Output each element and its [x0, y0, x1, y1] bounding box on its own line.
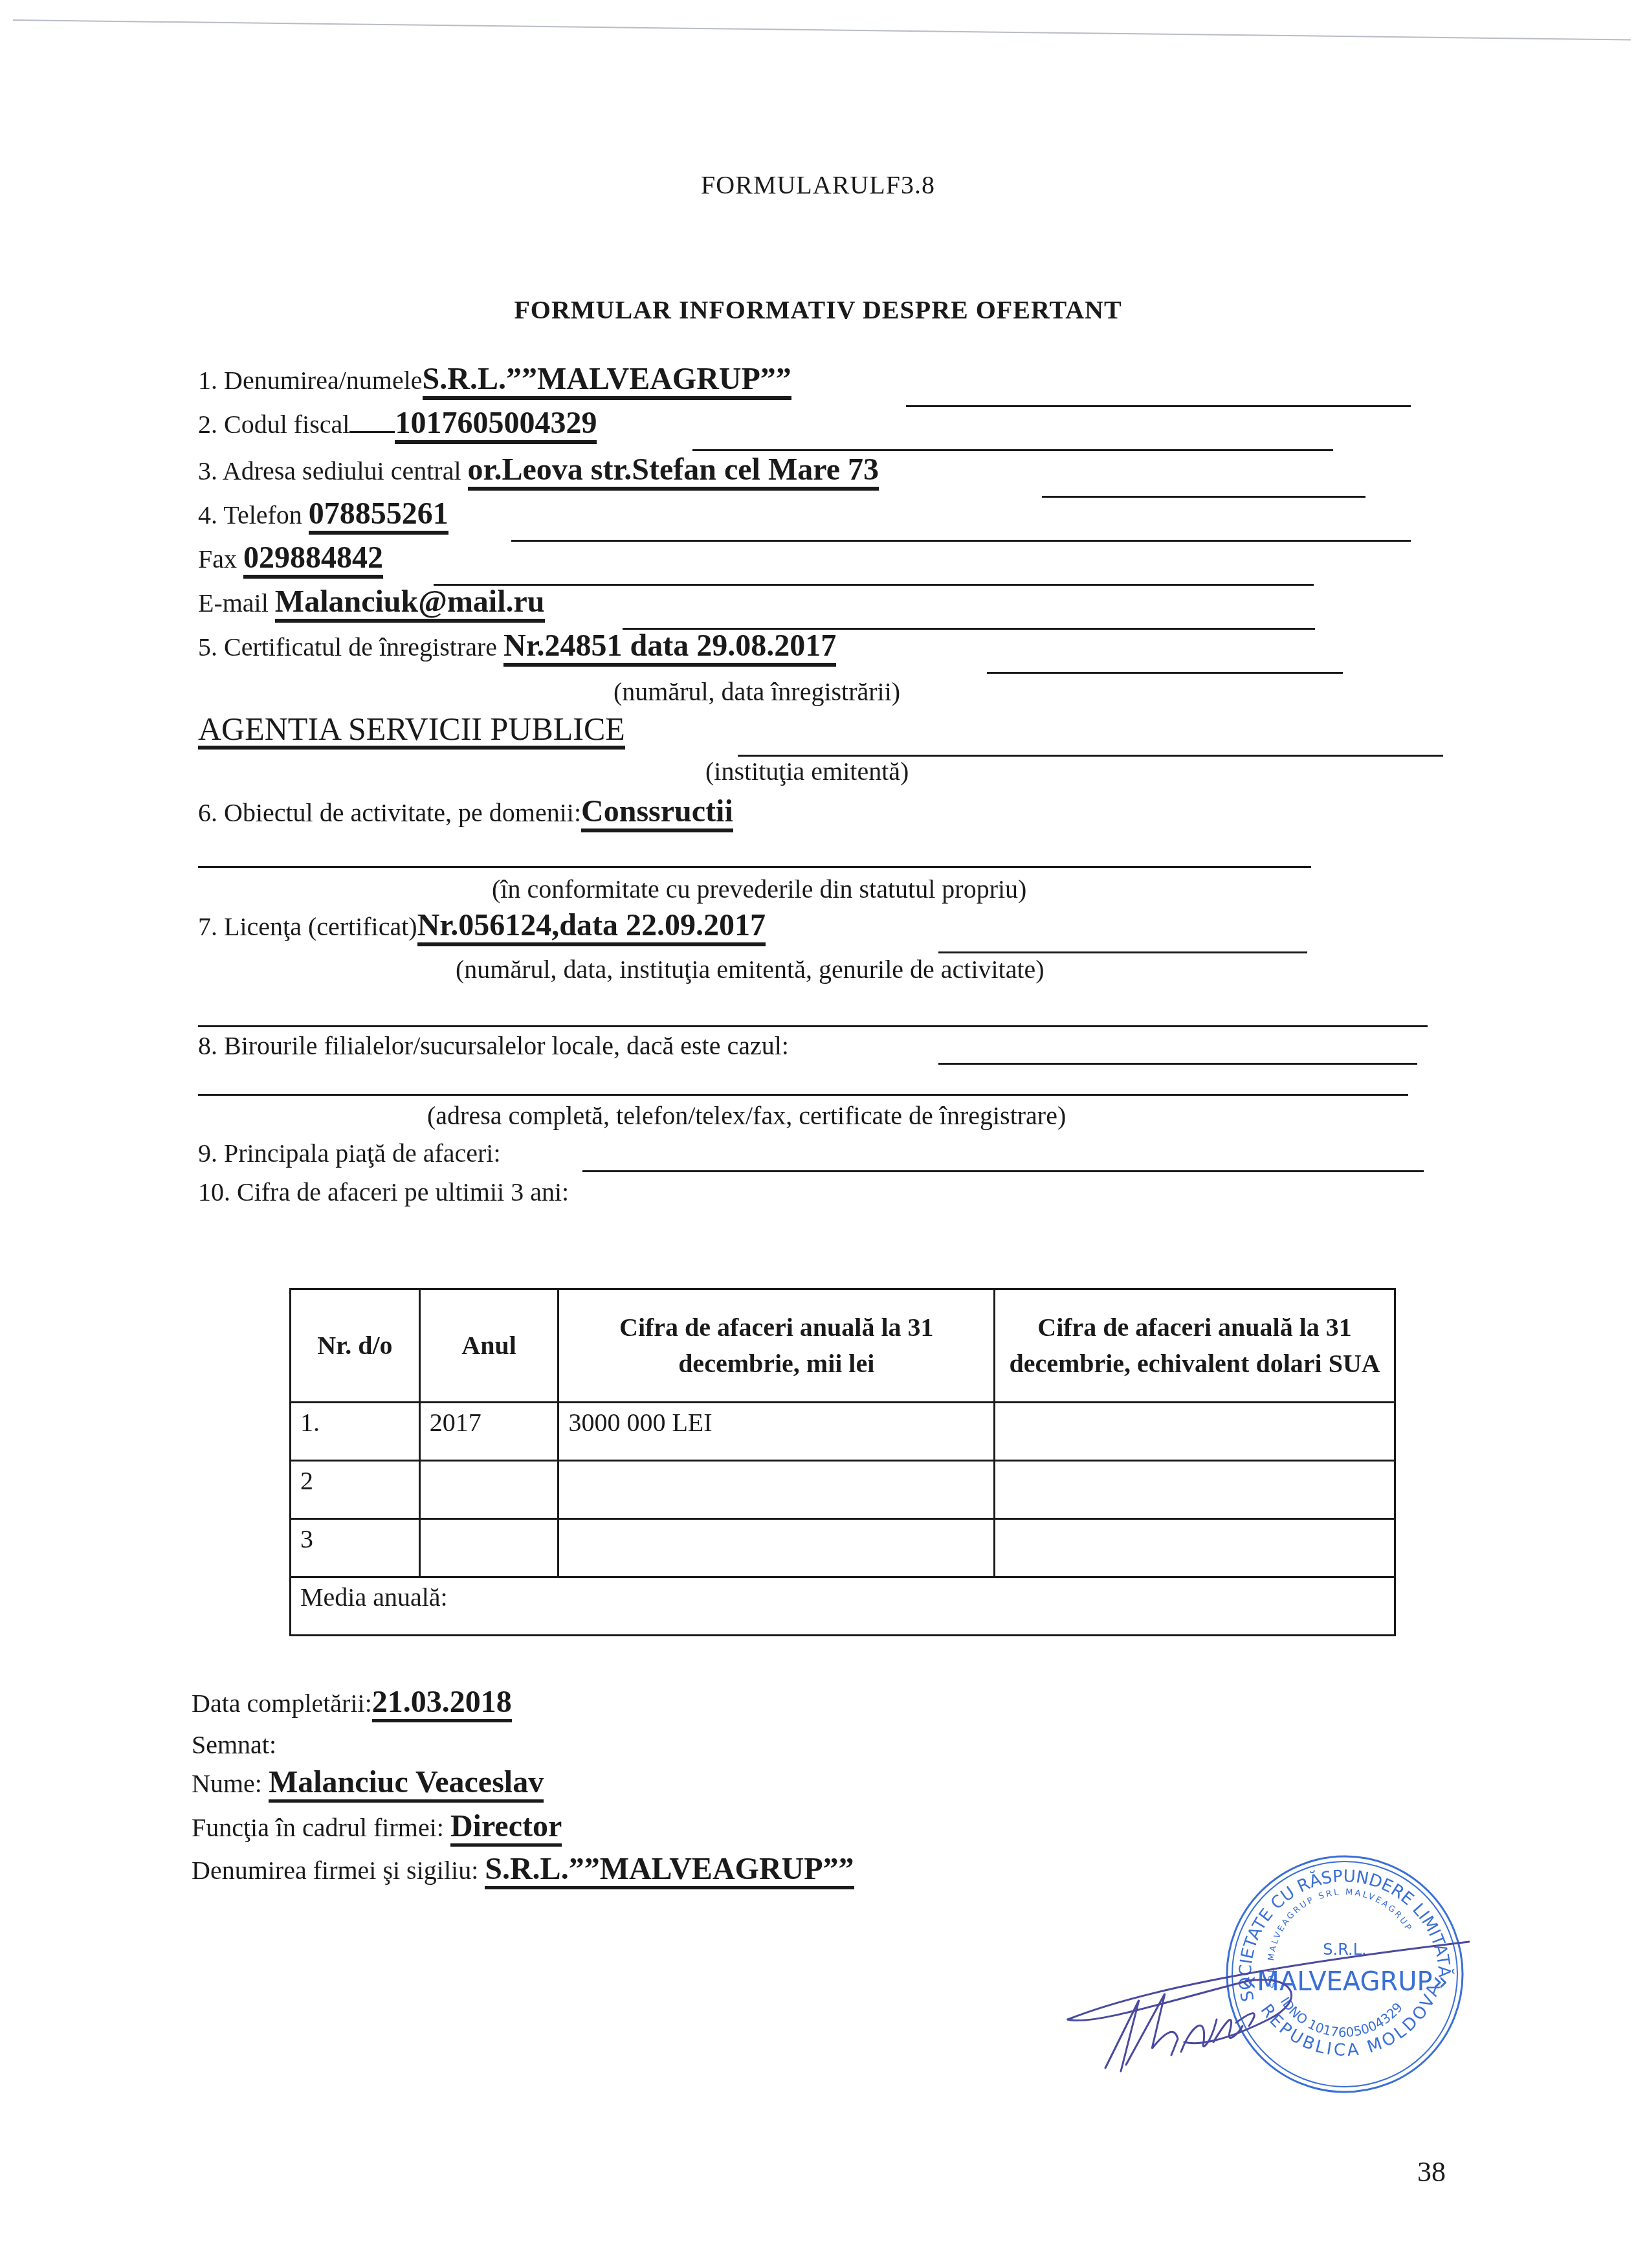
label: Funcţia în cadrul firmei:	[192, 1813, 444, 1842]
caption-licenta: (numărul, data, instituţia emitentă, gen…	[456, 954, 1045, 984]
field-label: 8. Birourile filialelor/sucursalelor loc…	[198, 1030, 789, 1061]
col-header-anul: Anul	[419, 1289, 558, 1403]
field-value: 029884842	[243, 541, 383, 579]
field-value: 1017605004329	[395, 406, 597, 444]
blank-line	[198, 1094, 1408, 1096]
form-heading: FORMULAR INFORMATIV DESPRE OFERTANT	[0, 295, 1636, 325]
cell-media-label: Media anuală:	[291, 1577, 1395, 1636]
field-label: 3. Adresa sediului central	[198, 456, 461, 486]
cell-lei	[558, 1519, 995, 1577]
col-header-lei: Cifra de afaceri anuală la 31 decembrie,…	[558, 1289, 995, 1403]
blank-line	[198, 866, 1311, 868]
blank-line	[198, 1025, 1428, 1027]
cell-anul	[419, 1461, 558, 1519]
value: 21.03.2018	[372, 1685, 512, 1722]
cell-usd	[995, 1461, 1395, 1519]
fill-line	[692, 449, 1333, 451]
field-label: 4. Telefon	[198, 500, 302, 530]
field-value: 078855261	[309, 497, 448, 535]
col-header-nr: Nr. d/o	[291, 1289, 420, 1403]
caption-obiectul: (în conformitate cu prevederile din stat…	[492, 874, 1026, 904]
fill-line	[511, 540, 1411, 542]
page-number: 38	[1417, 2155, 1446, 2188]
field-label: Fax	[198, 544, 237, 574]
field-value: S.R.L.””MALVEAGRUP””	[423, 362, 791, 400]
field-institutia: AGENTIA SERVICII PUBLICE	[198, 712, 625, 751]
field-value: Conssructii	[581, 795, 733, 832]
field-denumirea: 1. Denumirea/numeleS.R.L.””MALVEAGRUP””	[198, 362, 791, 401]
field-label: 2. Codul fiscal	[198, 409, 349, 439]
caption-institutia: (instituţia emitentă)	[705, 756, 909, 786]
fill-line	[938, 1063, 1417, 1065]
semnat: Semnat:	[192, 1729, 276, 1760]
firma: Denumirea firmei şi sigiliu: S.R.L.””MAL…	[192, 1852, 854, 1889]
field-label: 10. Cifra de afaceri pe ultimii 3 ani:	[198, 1177, 569, 1207]
functia: Funcţia în cadrul firmei: Director	[192, 1810, 562, 1847]
field-label: 6. Obiectul de activitate, pe domenii:	[198, 797, 581, 828]
field-licenta: 7. Licenţa (certificat)Nr.056124,data 22…	[198, 909, 766, 948]
caption-birourile: (adresa completă, telefon/telex/fax, cer…	[427, 1100, 1066, 1131]
field-piata: 9. Principala piaţă de afaceri:	[198, 1138, 501, 1177]
field-label: E-mail	[198, 588, 269, 618]
value: Director	[450, 1810, 562, 1847]
cell-usd	[995, 1519, 1395, 1577]
table-row: 3	[291, 1519, 1395, 1577]
cell-anul	[419, 1519, 558, 1577]
cell-nr: 3	[291, 1519, 420, 1577]
fill-line	[987, 672, 1343, 674]
field-telefon: 4. Telefon 078855261	[198, 497, 448, 536]
field-email: E-mail Malanciuk@mail.ru	[198, 585, 545, 624]
value: S.R.L.””MALVEAGRUP””	[485, 1852, 854, 1889]
field-certificat: 5. Certificatul de înregistrare Nr.24851…	[198, 629, 836, 668]
table-row: 1. 2017 3000 000 LEI	[291, 1403, 1395, 1461]
field-label: 7. Licenţa (certificat)	[198, 911, 417, 942]
col-header-usd: Cifra de afaceri anuală la 31 decembrie,…	[995, 1289, 1395, 1403]
field-codul-fiscal: 2. Codul fiscal1017605004329	[198, 406, 597, 445]
table-row: 2	[291, 1461, 1395, 1519]
field-fax: Fax 029884842	[198, 541, 383, 580]
cell-anul: 2017	[419, 1403, 558, 1461]
field-value: or.Leova str.Stefan cel Mare 73	[468, 453, 879, 491]
cell-lei	[558, 1461, 995, 1519]
caption-certificat: (numărul, data înregistrării)	[613, 676, 900, 707]
cell-lei: 3000 000 LEI	[558, 1403, 995, 1461]
field-birourile: 8. Birourile filialelor/sucursalelor loc…	[198, 1030, 789, 1069]
nume: Nume: Malanciuc Veaceslav	[192, 1766, 544, 1803]
fill-line	[434, 584, 1314, 586]
handwritten-signature-icon	[1055, 1929, 1476, 2097]
label: Data completării:	[192, 1689, 372, 1718]
cell-nr: 1.	[291, 1403, 420, 1461]
field-adresa: 3. Adresa sediului central or.Leova str.…	[198, 453, 879, 492]
field-value: Malanciuk@mail.ru	[275, 585, 545, 623]
cell-nr: 2	[291, 1461, 420, 1519]
cell-usd	[995, 1403, 1395, 1461]
field-label: 1. Denumirea/numele	[198, 365, 423, 395]
field-cifra: 10. Cifra de afaceri pe ultimii 3 ani:	[198, 1177, 569, 1216]
field-value: AGENTIA SERVICII PUBLICE	[198, 712, 625, 750]
form-code: FORMULARULF3.8	[0, 170, 1636, 200]
label: Denumirea firmei şi sigiliu:	[192, 1856, 478, 1885]
fill-line	[582, 1170, 1424, 1172]
field-label: 9. Principala piaţă de afaceri:	[198, 1138, 501, 1168]
turnover-table: Nr. d/o Anul Cifra de afaceri anuală la …	[289, 1288, 1396, 1636]
field-value: Nr.24851 data 29.08.2017	[503, 629, 836, 667]
fill-line	[906, 405, 1411, 407]
scan-edge-line	[13, 19, 1631, 41]
fill-line	[938, 951, 1307, 953]
table-row-media: Media anuală:	[291, 1577, 1395, 1636]
label: Nume:	[192, 1769, 262, 1798]
field-obiectul: 6. Obiectul de activitate, pe domenii:Co…	[198, 795, 733, 834]
fill-line	[1042, 496, 1365, 498]
field-label: 5. Certificatul de înregistrare	[198, 632, 497, 662]
value: Malanciuc Veaceslav	[269, 1766, 544, 1803]
table-header-row: Nr. d/o Anul Cifra de afaceri anuală la …	[291, 1289, 1395, 1403]
data-completarii: Data completării:21.03.2018	[192, 1685, 512, 1722]
field-value: Nr.056124,data 22.09.2017	[417, 909, 766, 946]
